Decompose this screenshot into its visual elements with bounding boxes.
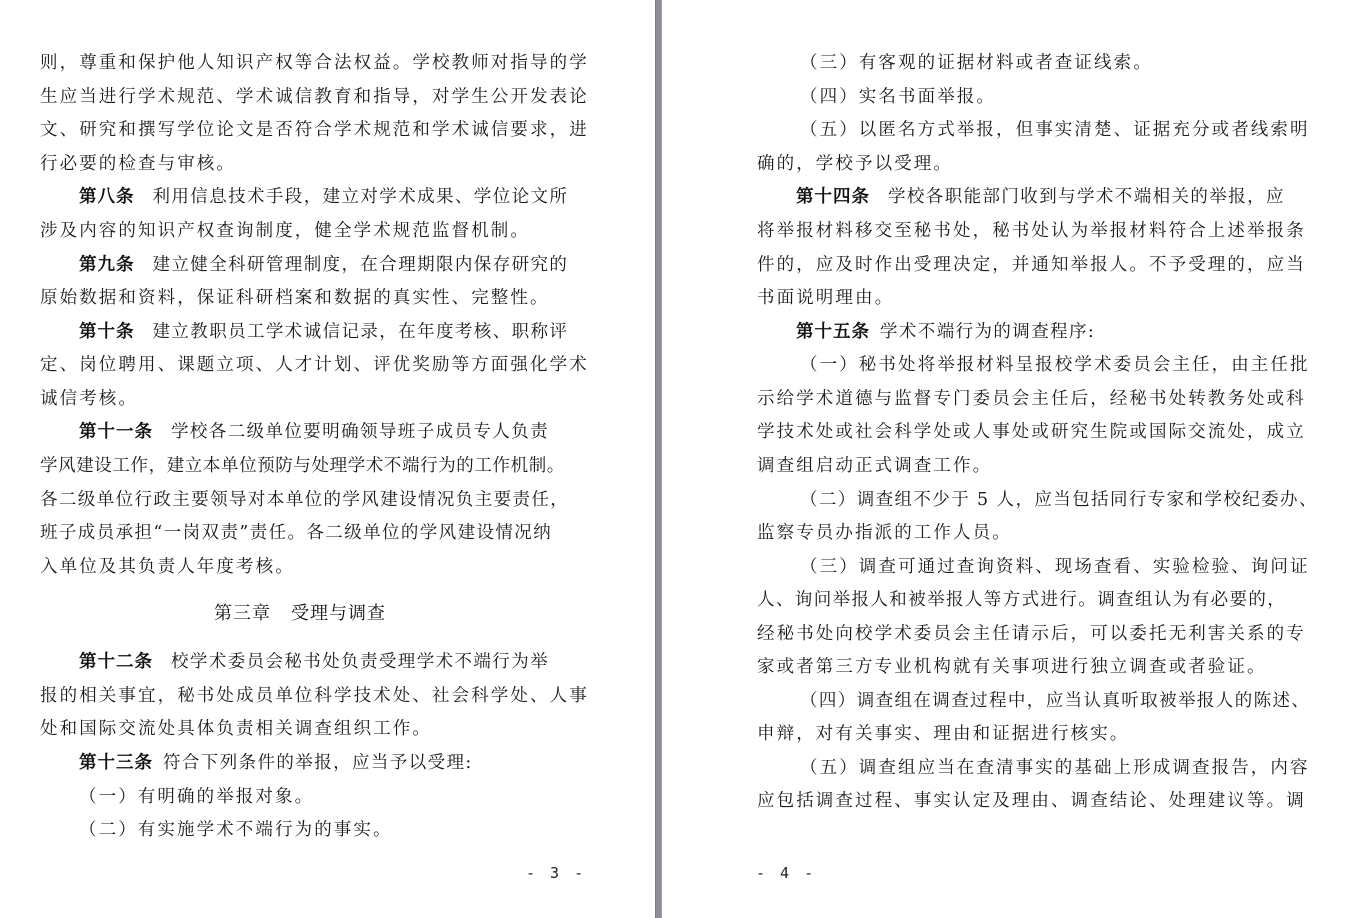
article-text: 学校各二级单位要明确领导班子成员专人负责 <box>171 422 549 442</box>
text-line: 件的，应及时作出受理决定，并通知举报人。不予受理的，应当 <box>757 254 1306 276</box>
chapter-number: 第三章 <box>214 603 271 624</box>
page-number: - 3 - <box>526 864 586 882</box>
article-number: 第九条 <box>79 255 135 275</box>
article-text: 符合下列条件的举报，应当予以受理: <box>163 753 473 773</box>
article-text: 校学术委员会秘书处负责受理学术不端行为举 <box>171 652 549 672</box>
article-number: 第十一条 <box>79 422 153 442</box>
list-item: （二）有实施学术不端行为的事实。 <box>79 819 393 841</box>
article-number: 第十三条 <box>79 753 153 773</box>
article-number: 第十四条 <box>796 187 870 207</box>
text-line: 监察专员办指派的工作人员。 <box>757 522 1012 544</box>
text-line: 生应当进行学术规范、学术诚信教育和指导，对学生公开发表论 <box>40 86 589 108</box>
text-line: 经秘书处向校学术委员会主任请示后，可以委托无利害关系的专 <box>757 623 1306 645</box>
text-line: 学风建设工作，建立本单位预防与处理学术不端行为的工作机制。 <box>40 455 565 477</box>
text-line: 将举报材料移交至秘书处，秘书处认为举报材料符合上述举报条 <box>757 220 1306 242</box>
text-line: 书面说明理由。 <box>757 287 894 309</box>
list-item: （二）调查组不少于 5 人，应当包括同行专家和学校纪委办、 <box>800 489 1318 511</box>
article-number: 第十条 <box>79 322 135 342</box>
text-line: 定、岗位聘用、课题立项、人才计划、评优奖励等方面强化学术 <box>40 354 589 376</box>
text-line: 原始数据和资料，保证科研档案和数据的真实性、完整性。 <box>40 287 550 309</box>
list-item: （一）秘书处将举报材料呈报校学术委员会主任，由主任批 <box>800 354 1310 376</box>
article-text: 学校各职能部门收到与学术不端相关的举报，应 <box>888 187 1285 207</box>
text-line: 行必要的检查与审核。 <box>40 153 236 175</box>
article-number: 第十二条 <box>79 652 153 672</box>
article-10: 第十条建立教职员工学术诚信记录，在年度考核、职称评 <box>79 321 568 343</box>
text-line: 涉及内容的知识产权查询制度，健全学术规范监督机制。 <box>40 220 530 242</box>
article-12: 第十二条校学术委员会秘书处负责受理学术不端行为举 <box>79 651 549 673</box>
article-13: 第十三条符合下列条件的举报，应当予以受理: <box>79 752 473 774</box>
text-line: 学技术处或社会科学处或人事处或研究生院或国际交流处，成立 <box>757 421 1306 443</box>
chapter-heading: 第三章受理与调查 <box>214 603 386 625</box>
article-text: 学术不端行为的调查程序: <box>880 322 1095 342</box>
text-line: 家或者第三方专业机构就有关事项进行独立调查或者验证。 <box>757 656 1267 678</box>
text-line: 应包括调查过程、事实认定及理由、调查结论、处理建议等。调 <box>757 790 1306 812</box>
list-item: （四）实名书面举报。 <box>800 86 996 108</box>
text-line: 示给学术道德与监督专门委员会主任后，经秘书处转教务处或科 <box>757 388 1306 410</box>
list-item: （四）调查组在调查过程中，应当认真听取被举报人的陈述、 <box>800 690 1310 712</box>
page-divider <box>655 0 662 918</box>
text-line: 报的相关事宜，秘书处成员单位科学技术处、社会科学处、人事 <box>40 685 589 707</box>
article-15: 第十五条学术不端行为的调查程序: <box>796 321 1095 343</box>
text-line: 处和国际交流处具体负责相关调查组织工作。 <box>40 718 432 740</box>
text-line: 入单位及其负责人年度考核。 <box>40 556 295 578</box>
list-item: （三）有客观的证据材料或者查证线索。 <box>800 52 1153 74</box>
article-9: 第九条建立健全科研管理制度，在合理期限内保存研究的 <box>79 254 568 276</box>
text-line: 文、研究和撰写学位论文是否符合学术规范和学术诚信要求，进 <box>40 119 589 141</box>
chapter-title: 受理与调查 <box>291 603 386 624</box>
page-4: （三）有客观的证据材料或者查证线索。 （四）实名书面举报。 （五）以匿名方式举报… <box>662 0 1361 918</box>
article-number: 第十五条 <box>796 322 870 342</box>
text-line: 则，尊重和保护他人知识产权等合法权益。学校教师对指导的学 <box>40 52 589 74</box>
article-11: 第十一条学校各二级单位要明确领导班子成员专人负责 <box>79 421 549 443</box>
text-line: 班子成员承担“一岗双责”责任。各二级单位的学风建设情况纳 <box>40 522 552 544</box>
list-item: （一）有明确的举报对象。 <box>79 786 314 808</box>
article-text: 利用信息技术手段，建立对学术成果、学位论文所 <box>153 187 569 207</box>
text-line: 调查组启动正式调查工作。 <box>757 455 992 477</box>
text-line: 申辩，对有关事实、理由和证据进行核实。 <box>757 723 1129 745</box>
article-14: 第十四条学校各职能部门收到与学术不端相关的举报，应 <box>796 186 1285 208</box>
page-number: - 4 - <box>756 864 816 882</box>
article-number: 第八条 <box>79 187 135 207</box>
text-line: 各二级单位行政主要领导对本单位的学风建设情况负主要责任， <box>40 489 569 511</box>
list-item: （三）调查可通过查询资料、现场查看、实验检验、询问证 <box>800 556 1310 578</box>
article-text: 建立教职员工学术诚信记录，在年度考核、职称评 <box>153 322 569 342</box>
list-item: （五）调查组应当在查清事实的基础上形成调查报告，内容 <box>800 757 1310 779</box>
text-line: 人、询问举报人和被举报人等方式进行。调查组认为有必要的， <box>757 589 1286 611</box>
article-text: 建立健全科研管理制度，在合理期限内保存研究的 <box>153 255 569 275</box>
page-3: 则，尊重和保护他人知识产权等合法权益。学校教师对指导的学 生应当进行学术规范、学… <box>0 0 655 918</box>
article-8: 第八条利用信息技术手段，建立对学术成果、学位论文所 <box>79 186 568 208</box>
list-item: （五）以匿名方式举报，但事实清楚、证据充分或者线索明 <box>800 119 1310 141</box>
text-line: 诚信考核。 <box>40 388 138 410</box>
document-viewer: 则，尊重和保护他人知识产权等合法权益。学校教师对指导的学 生应当进行学术规范、学… <box>0 0 1361 918</box>
text-line: 确的，学校予以受理。 <box>757 153 953 175</box>
